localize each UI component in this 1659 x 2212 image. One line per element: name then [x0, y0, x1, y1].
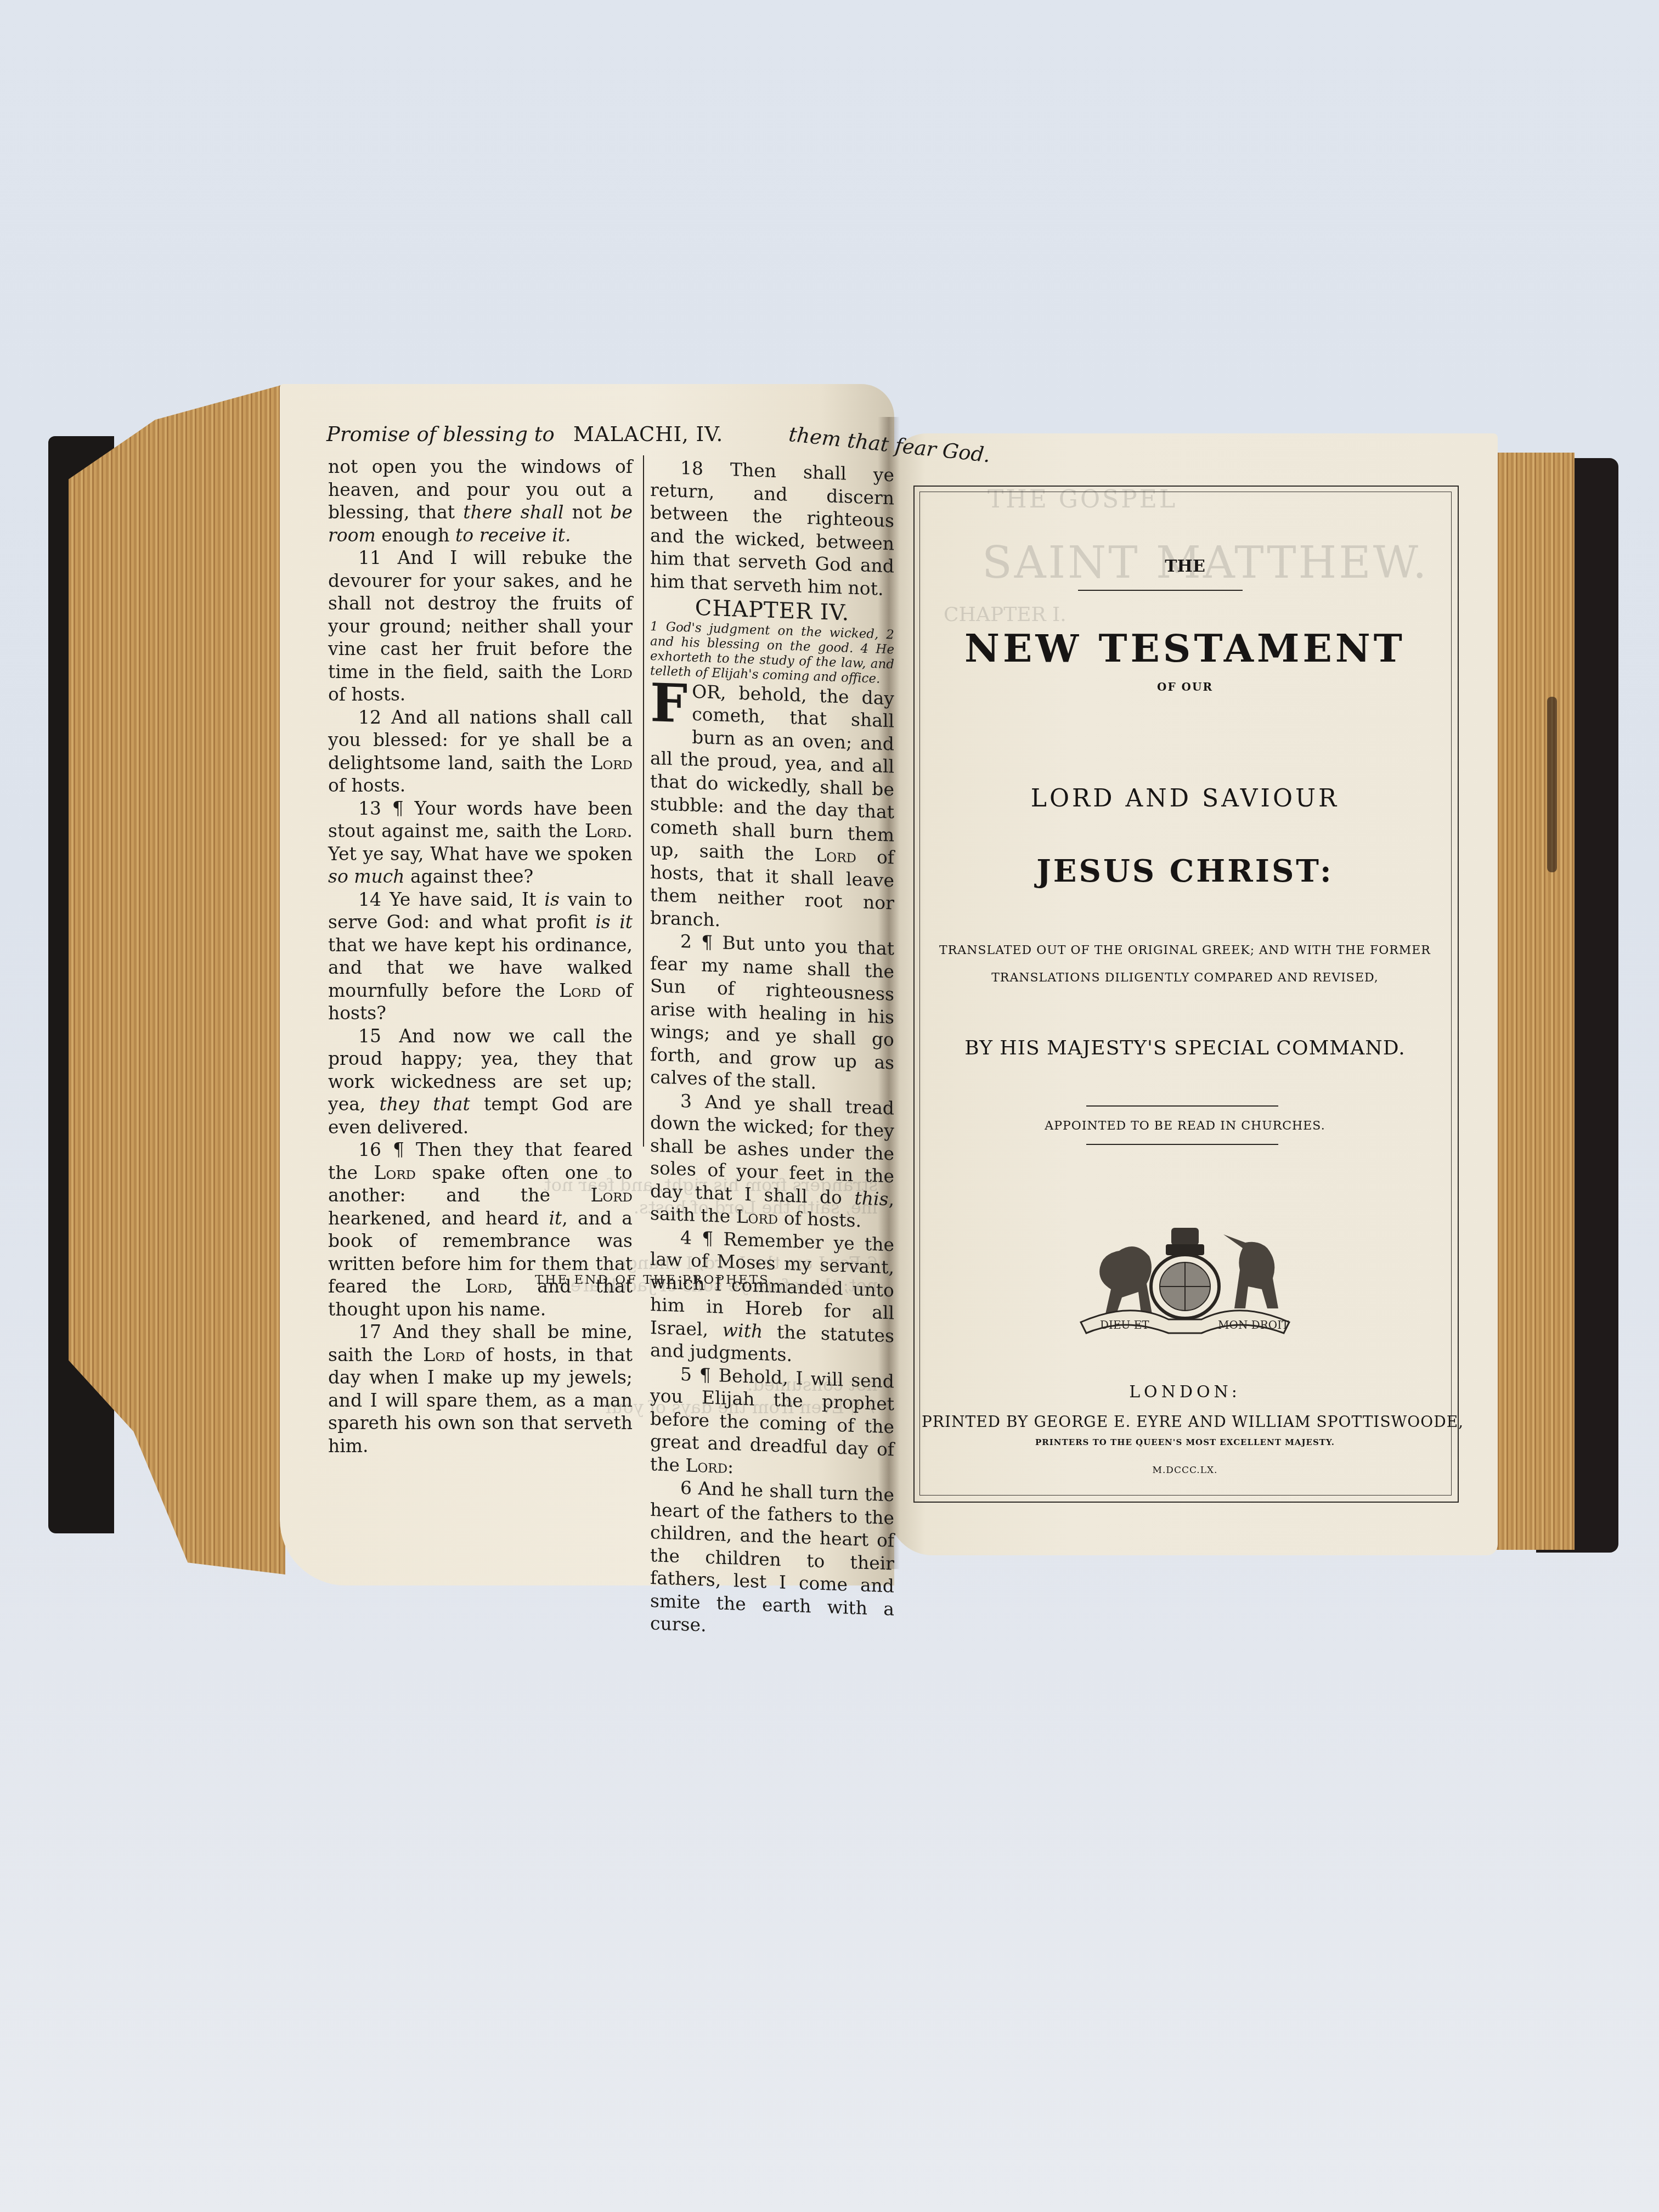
verse-number: 14 — [358, 889, 381, 910]
verse-number: 16 — [358, 1139, 381, 1160]
verse-number: 11 — [358, 547, 381, 568]
verse-continuation: not open you the windows of heaven, and … — [328, 455, 633, 546]
verse: 15 And now we call the proud happy; yea,… — [328, 1025, 633, 1139]
appointed-line: APPOINTED TO BE READ IN CHURCHES. — [922, 1119, 1448, 1133]
title-rule-2 — [1086, 1105, 1278, 1107]
title-jesus-christ: JESUS CHRIST: — [922, 853, 1448, 889]
verse: 14 Ye have said, It is vain to serve God… — [328, 888, 633, 1025]
verse: 3 And ye shall tread down the wicked; fo… — [650, 1088, 894, 1234]
verse-text: And he shall turn the heart of the fathe… — [650, 1477, 894, 1636]
verse-number: 4 — [680, 1226, 692, 1248]
verse: 13 ¶ Your words have been stout against … — [328, 797, 633, 888]
imprint-printers-to: PRINTERS TO THE QUEEN'S MOST EXCELLENT M… — [922, 1437, 1448, 1447]
imprint-date: M.DCCC.LX. — [922, 1465, 1448, 1476]
drop-cap: F — [650, 681, 687, 726]
title-new-testament: NEW TESTAMENT — [922, 625, 1448, 671]
verse: 4 ¶ Remember ye the law of Moses my serv… — [650, 1225, 894, 1370]
title-rule-1 — [1078, 590, 1243, 591]
title-of-our: OF OUR — [922, 680, 1448, 693]
verse-number: 2 — [680, 930, 692, 952]
verse-number: 6 — [680, 1477, 692, 1499]
column-b: 18 Then shall ye return, and discern bet… — [650, 455, 894, 1643]
title-lord-and-saviour: LORD AND SAVIOUR — [922, 785, 1448, 812]
verse-number: 3 — [680, 1090, 692, 1111]
verse-number: 15 — [358, 1025, 381, 1047]
verse-text: ¶ Then they that feared the Lord spake o… — [328, 1139, 633, 1320]
verse-number: 13 — [358, 798, 381, 819]
verse-text: And ye shall tread down the wicked; for … — [650, 1091, 894, 1231]
page-block-edge-left — [69, 384, 285, 1575]
verse-text: ¶ But unto you that fear my name shall t… — [650, 931, 894, 1093]
verse: 2 ¶ But unto you that fear my name shall… — [650, 929, 894, 1097]
running-head-left: Promise of blessing to — [326, 422, 555, 446]
end-of-prophets-note: THE END OF THE PROPHETS. — [535, 1273, 775, 1287]
special-command: BY HIS MAJESTY'S SPECIAL COMMAND. — [922, 1037, 1448, 1059]
imprint-london: LONDON: — [922, 1383, 1448, 1402]
verse-1: FOR, behold, the day cometh, that shall … — [650, 679, 894, 938]
column-a: not open you the windows of heaven, and … — [328, 455, 633, 1457]
stain-mark — [1547, 697, 1557, 872]
page-block-edge-right — [1492, 453, 1575, 1550]
verse: 16 ¶ Then they that feared the Lord spak… — [328, 1138, 633, 1321]
royal-coat-of-arms-icon: DIEU ET MON DROIT — [1070, 1212, 1300, 1339]
verse: 17 And they shall be mine, saith the Lor… — [328, 1321, 633, 1457]
verse-text: And I will rebuke the devourer for your … — [328, 547, 633, 705]
verse-number: 12 — [358, 707, 381, 728]
translated-line-1: TRANSLATED OUT OF THE ORIGINAL GREEK; AN… — [922, 944, 1448, 957]
verse: 6 And he shall turn the heart of the fat… — [650, 1475, 894, 1643]
motto-right: MON DROIT — [1218, 1318, 1289, 1331]
verse-text: not open you the windows of heaven, and … — [328, 456, 633, 546]
verse-number: 5 — [680, 1363, 692, 1385]
verse: 5 ¶ Behold, I will send you Elijah the p… — [650, 1362, 894, 1484]
running-head-book: MALACHI, IV. — [573, 422, 723, 446]
title-the: THE — [922, 557, 1448, 576]
motto-left: DIEU ET — [1100, 1318, 1149, 1331]
imprint-printed-by: PRINTED BY GEORGE E. EYRE AND WILLIAM SP… — [922, 1413, 1448, 1431]
translated-line-2: TRANSLATIONS DILIGENTLY COMPARED AND REV… — [922, 971, 1448, 985]
verse: 11 And I will rebuke the devourer for yo… — [328, 546, 633, 706]
verse-number: 17 — [358, 1321, 381, 1342]
chapter-summary: 1 God's judgment on the wicked, 2 and hi… — [650, 619, 894, 687]
verse: 12 And all nations shall call you blesse… — [328, 706, 633, 797]
title-rule-3 — [1086, 1144, 1278, 1145]
column-rule — [643, 455, 644, 1147]
verse-18: 18 Then shall ye return, and discern bet… — [650, 455, 894, 601]
